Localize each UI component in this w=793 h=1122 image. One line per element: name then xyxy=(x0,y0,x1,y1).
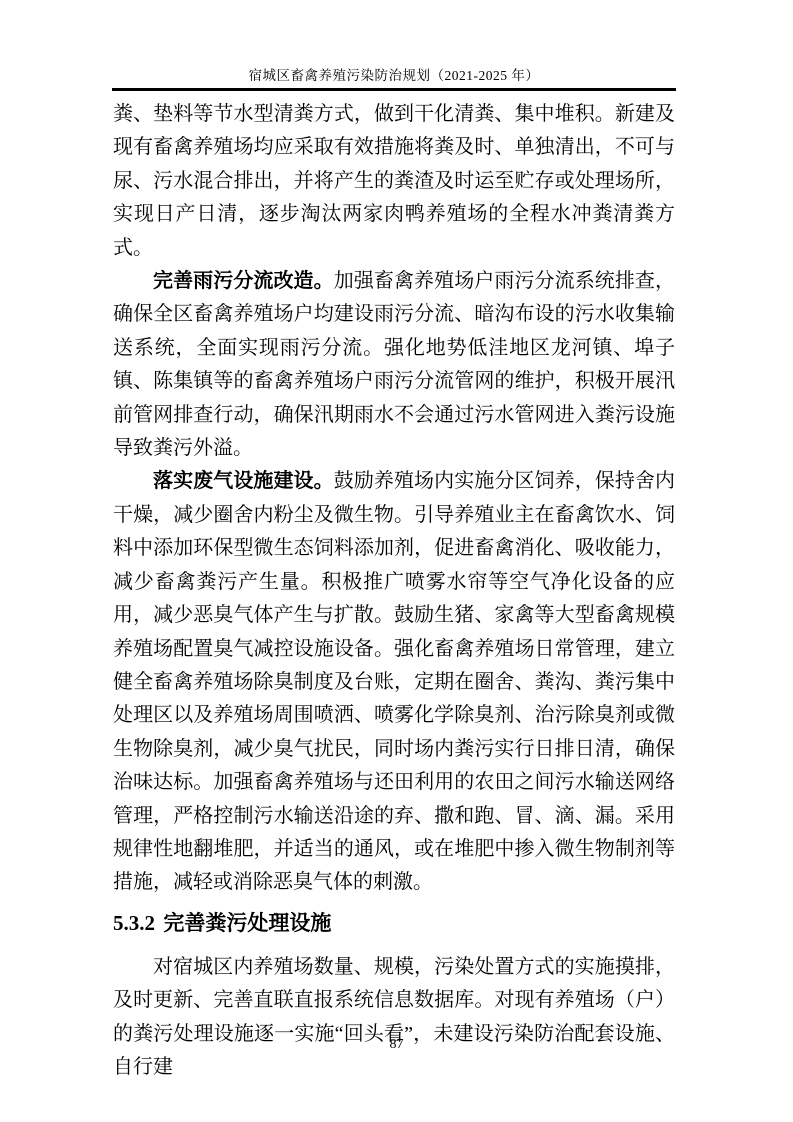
paragraph-lead-bold: 完善雨污分流改造。 xyxy=(153,270,334,292)
paragraph-text: 鼓励养殖场内实施分区饲养，保持舍内干燥，减少圈舍内粉尘及微生物。引导养殖业主在畜… xyxy=(113,470,675,893)
document-body: 粪、垫料等节水型清粪方式，做到干化清粪、集中堆积。新建及现有畜禽养殖场均应采取有… xyxy=(113,98,675,1084)
paragraph-text: 对宿城区内养殖场数量、规模，污染处置方式的实施摸排，及时更新、完善直联直报系统信… xyxy=(113,956,675,1078)
paragraph-rain-sewage: 完善雨污分流改造。加强畜禽养殖场户雨污分流系统排查，确保全区畜禽养殖场户均建设雨… xyxy=(113,265,675,465)
page-number: 87 xyxy=(0,1036,793,1054)
running-header: 宿城区畜禽养殖污染防治规划（2021-2025 年） xyxy=(113,67,675,84)
paragraph-text: 加强畜禽养殖场户雨污分流系统排查，确保全区畜禽养殖场户均建设雨污分流、暗沟布设的… xyxy=(113,270,675,459)
header-rule xyxy=(112,88,676,91)
document-page: 宿城区畜禽养殖污染防治规划（2021-2025 年） 粪、垫料等节水型清粪方式，… xyxy=(0,0,793,1122)
paragraph-text: 粪、垫料等节水型清粪方式，做到干化清粪、集中堆积。新建及现有畜禽养殖场均应采取有… xyxy=(113,103,675,259)
paragraph-manure-facilities: 对宿城区内养殖场数量、规模，污染处置方式的实施摸排，及时更新、完善直联直报系统信… xyxy=(113,951,675,1085)
section-heading: 5.3.2完善粪污处理设施 xyxy=(113,907,675,940)
paragraph-lead-bold: 落实废气设施建设。 xyxy=(153,470,334,492)
section-heading-title: 完善粪污处理设施 xyxy=(163,911,331,935)
section-heading-number: 5.3.2 xyxy=(113,911,155,935)
paragraph-continuation: 粪、垫料等节水型清粪方式，做到干化清粪、集中堆积。新建及现有畜禽养殖场均应采取有… xyxy=(113,98,675,265)
paragraph-waste-gas: 落实废气设施建设。鼓励养殖场内实施分区饲养，保持舍内干燥，减少圈舍内粉尘及微生物… xyxy=(113,465,675,899)
